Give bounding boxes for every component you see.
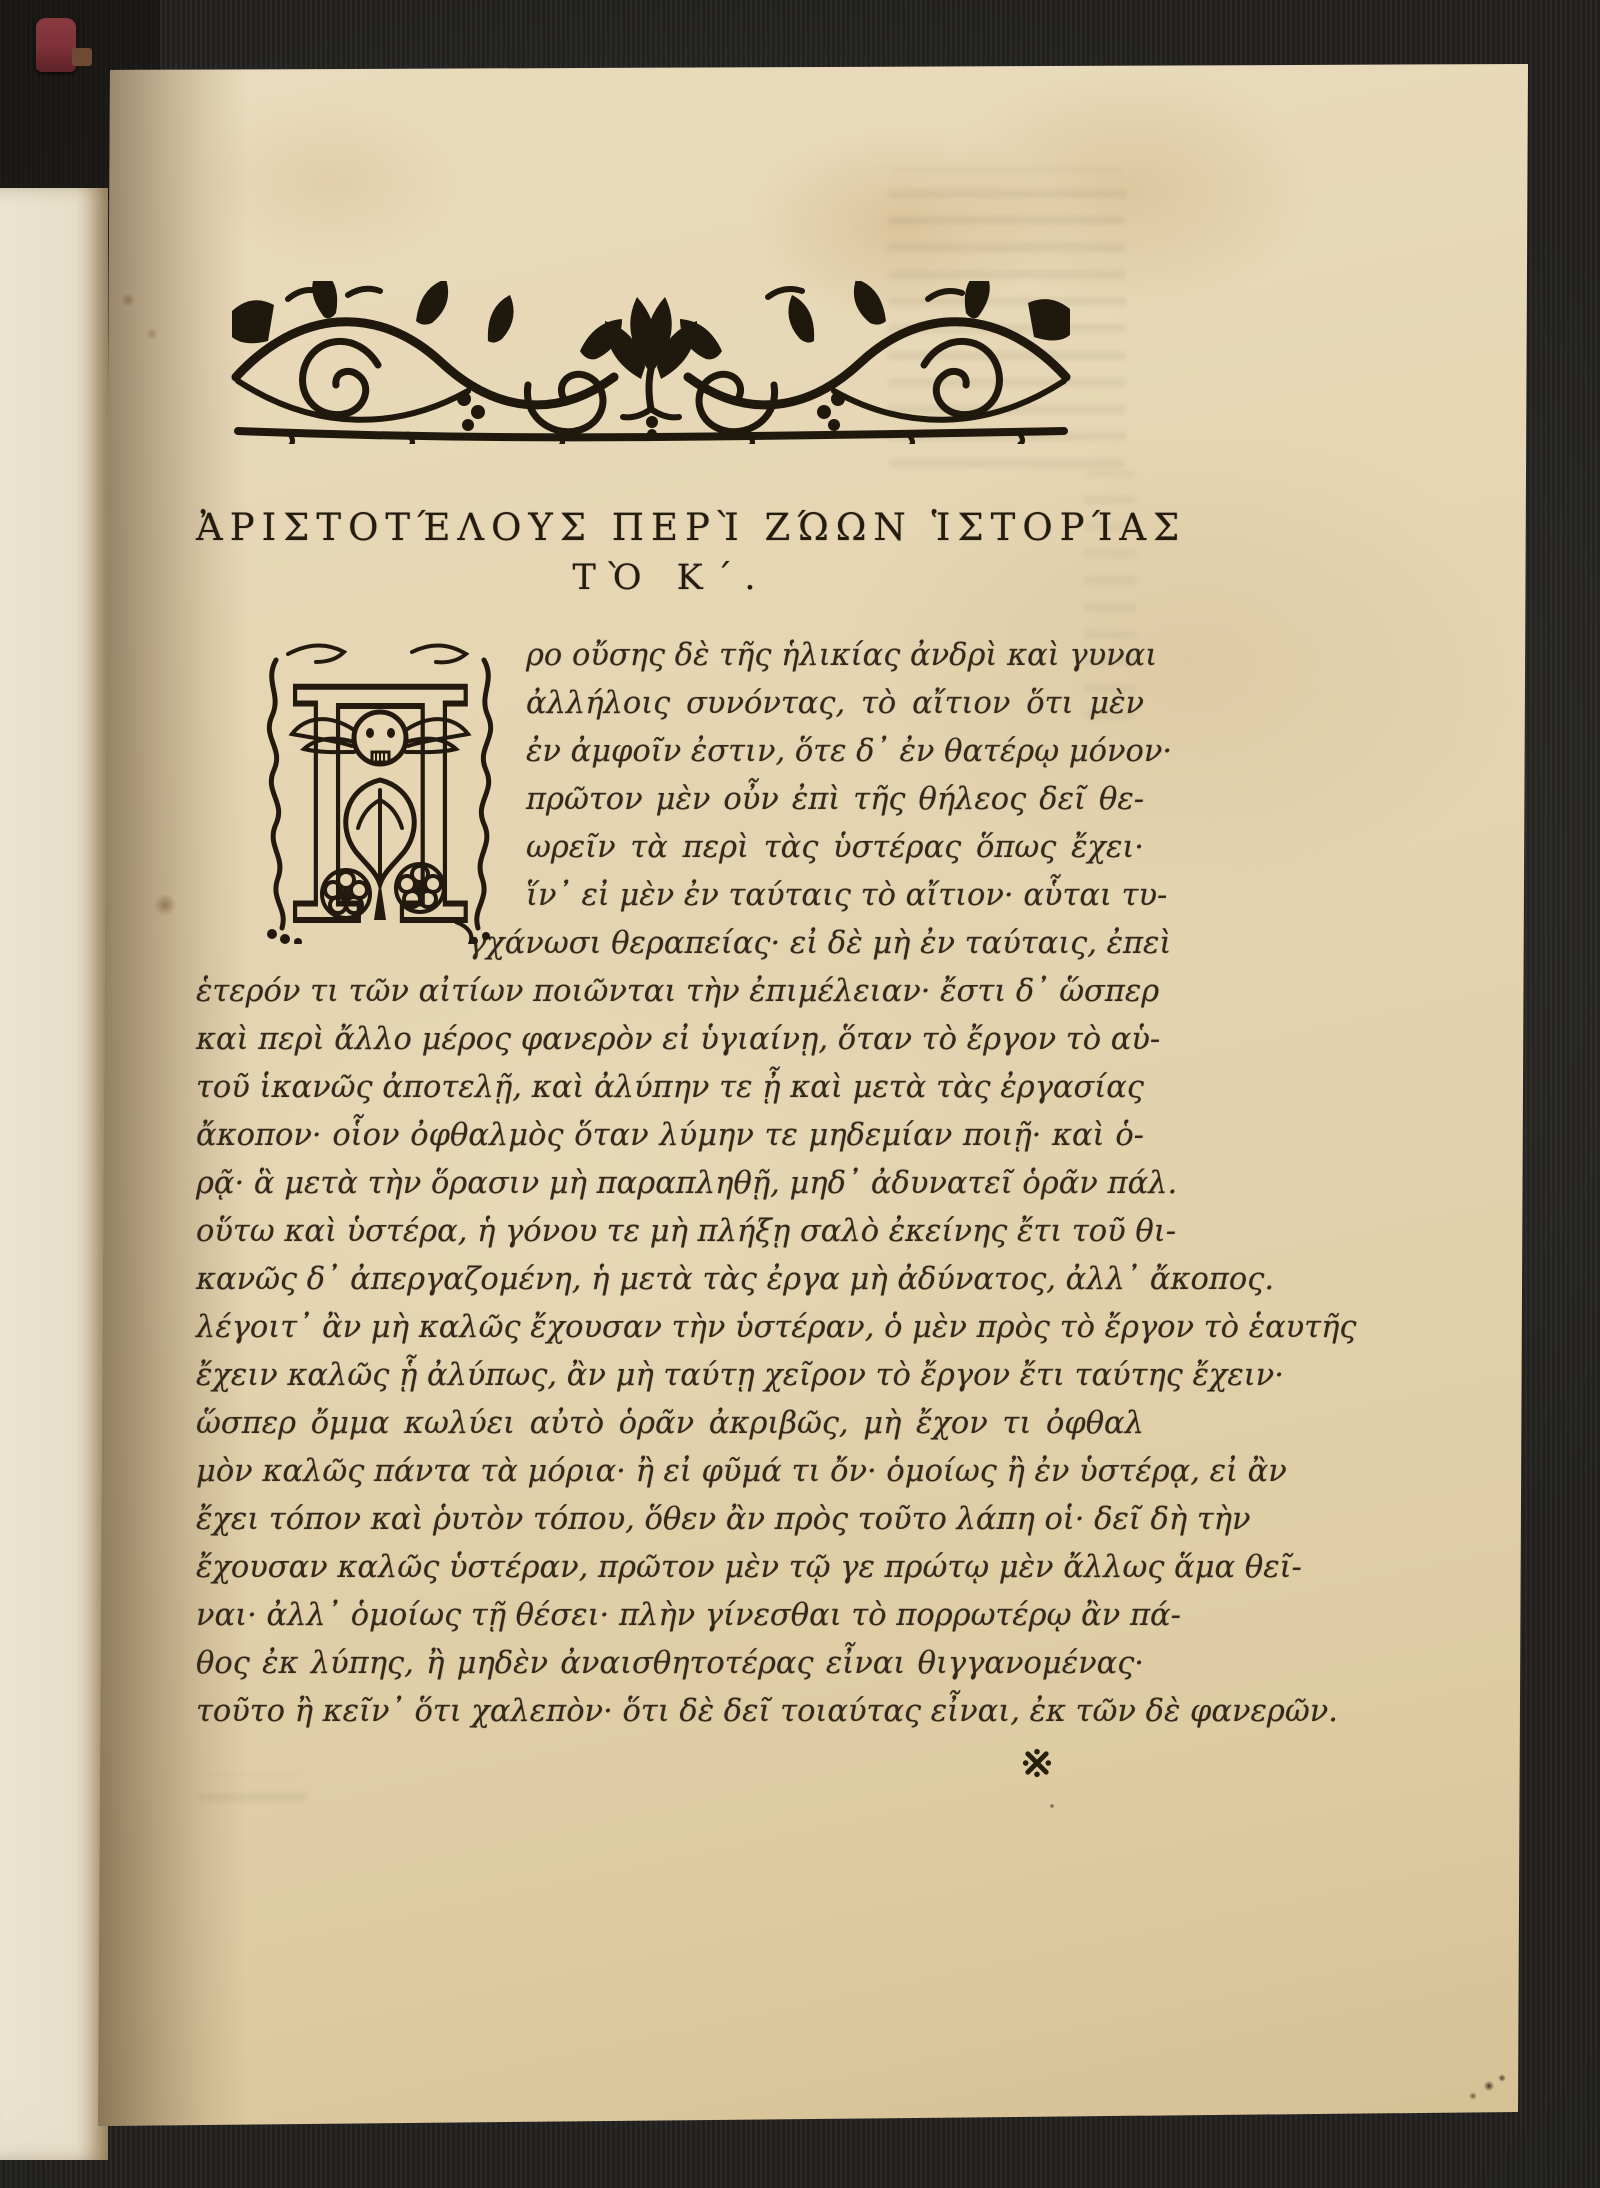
decorated-initial-icon: Π bbox=[260, 642, 500, 944]
body-line: θος ἐκ λύπης, ἢ μηδὲν ἀναισθητοτέρας εἶν… bbox=[196, 1640, 1144, 1688]
red-endband bbox=[36, 18, 76, 72]
book-photograph: ἈΡΙΣΤΟΤΈΛΟΥΣ ΠΕΡῚ ΖΏΩΝ ἹΣΤΟΡΊΑΣ ΤῸ Κ´. bbox=[0, 0, 1600, 2188]
drop-cap: Π bbox=[283, 642, 478, 944]
book-page: ἈΡΙΣΤΟΤΈΛΟΥΣ ΠΕΡῚ ΖΏΩΝ ἹΣΤΟΡΊΑΣ ΤῸ Κ´. bbox=[0, 0, 1600, 2188]
heading-line-1: ἈΡΙΣΤΟΤΈΛΟΥΣ ΠΕΡῚ ΖΏΩΝ ἹΣΤΟΡΊΑΣ bbox=[196, 506, 1144, 549]
body-line: ἔχουσαν καλῶς ὑστέραν, πρῶτον μὲν τῷ γε … bbox=[196, 1544, 1144, 1592]
body-line: ἄκοπον· οἷον ὀφθαλμὸς ὅταν λύμην τε μηδε… bbox=[196, 1112, 1144, 1160]
body-line: οὕτω καὶ ὑστέρα, ἡ γόνου τε μὴ πλήξῃ σαλ… bbox=[196, 1208, 1144, 1256]
chapter-heading: ἈΡΙΣΤΟΤΈΛΟΥΣ ΠΕΡῚ ΖΏΩΝ ἹΣΤΟΡΊΑΣ ΤῸ Κ´. bbox=[196, 506, 1144, 598]
body-line: ὥσπερ ὄμμα κωλύει αὐτὸ ὁρᾶν ἀκριβῶς, μὴ … bbox=[196, 1400, 1144, 1448]
body-line: τοῦτο ἢ κεῖν᾽ ὅτι χαλεπὸν· ὅτι δὲ δεῖ το… bbox=[196, 1688, 1144, 1736]
body-line: ἑτερόν τι τῶν αἰτίων ποιῶνται τὴν ἐπιμέλ… bbox=[196, 968, 1144, 1016]
body-line: ἔχειν καλῶς ᾗ ἀλύπως, ἂν μὴ ταύτῃ χεῖρον… bbox=[196, 1352, 1144, 1400]
body-line: τοῦ ἱκανῶς ἀποτελῇ, καὶ ἀλύπην τε ᾖ καὶ … bbox=[196, 1064, 1144, 1112]
body-line: ρᾷ· ἃ μετὰ τὴν ὅρασιν μὴ παραπληθῇ, μηδ᾽… bbox=[196, 1160, 1144, 1208]
text-block: Π ρο οὔσης δὲ τῆς ἡλικίας ἀνδρὶ καὶ γυνα… bbox=[196, 632, 1144, 1736]
show-through-text bbox=[198, 1774, 308, 1802]
previous-page-edge bbox=[0, 188, 108, 2160]
body-line: ναι· ἀλλ᾽ ὁμοίως τῇ θέσει· πλὴν γίνεσθαι… bbox=[196, 1592, 1144, 1640]
body-line: κανῶς δ᾽ ἀπεργαζομένη, ἡ μετὰ τὰς ἐργα μ… bbox=[196, 1256, 1144, 1304]
body-line: λέγοιτ᾽ ἂν μὴ καλῶς ἔχουσαν τὴν ὑστέραν,… bbox=[196, 1304, 1144, 1352]
asterisk-ornament-icon bbox=[1022, 1748, 1052, 1778]
body-line: ἔχει τόπον καὶ ῥυτὸν τόπου, ὅθεν ἂν πρὸς… bbox=[196, 1496, 1144, 1544]
body-line: καὶ περὶ ἄλλο μέρος φανερὸν εἰ ὑγιαίνῃ, … bbox=[196, 1016, 1144, 1064]
endband-core bbox=[72, 48, 92, 66]
headpiece-woodcut bbox=[228, 281, 1074, 444]
heading-line-2: ΤῸ Κ´. bbox=[196, 558, 1144, 598]
body-line: μὸν καλῶς πάντα τὰ μόρια· ἢ εἰ φῦμά τι ὄ… bbox=[196, 1448, 1144, 1496]
